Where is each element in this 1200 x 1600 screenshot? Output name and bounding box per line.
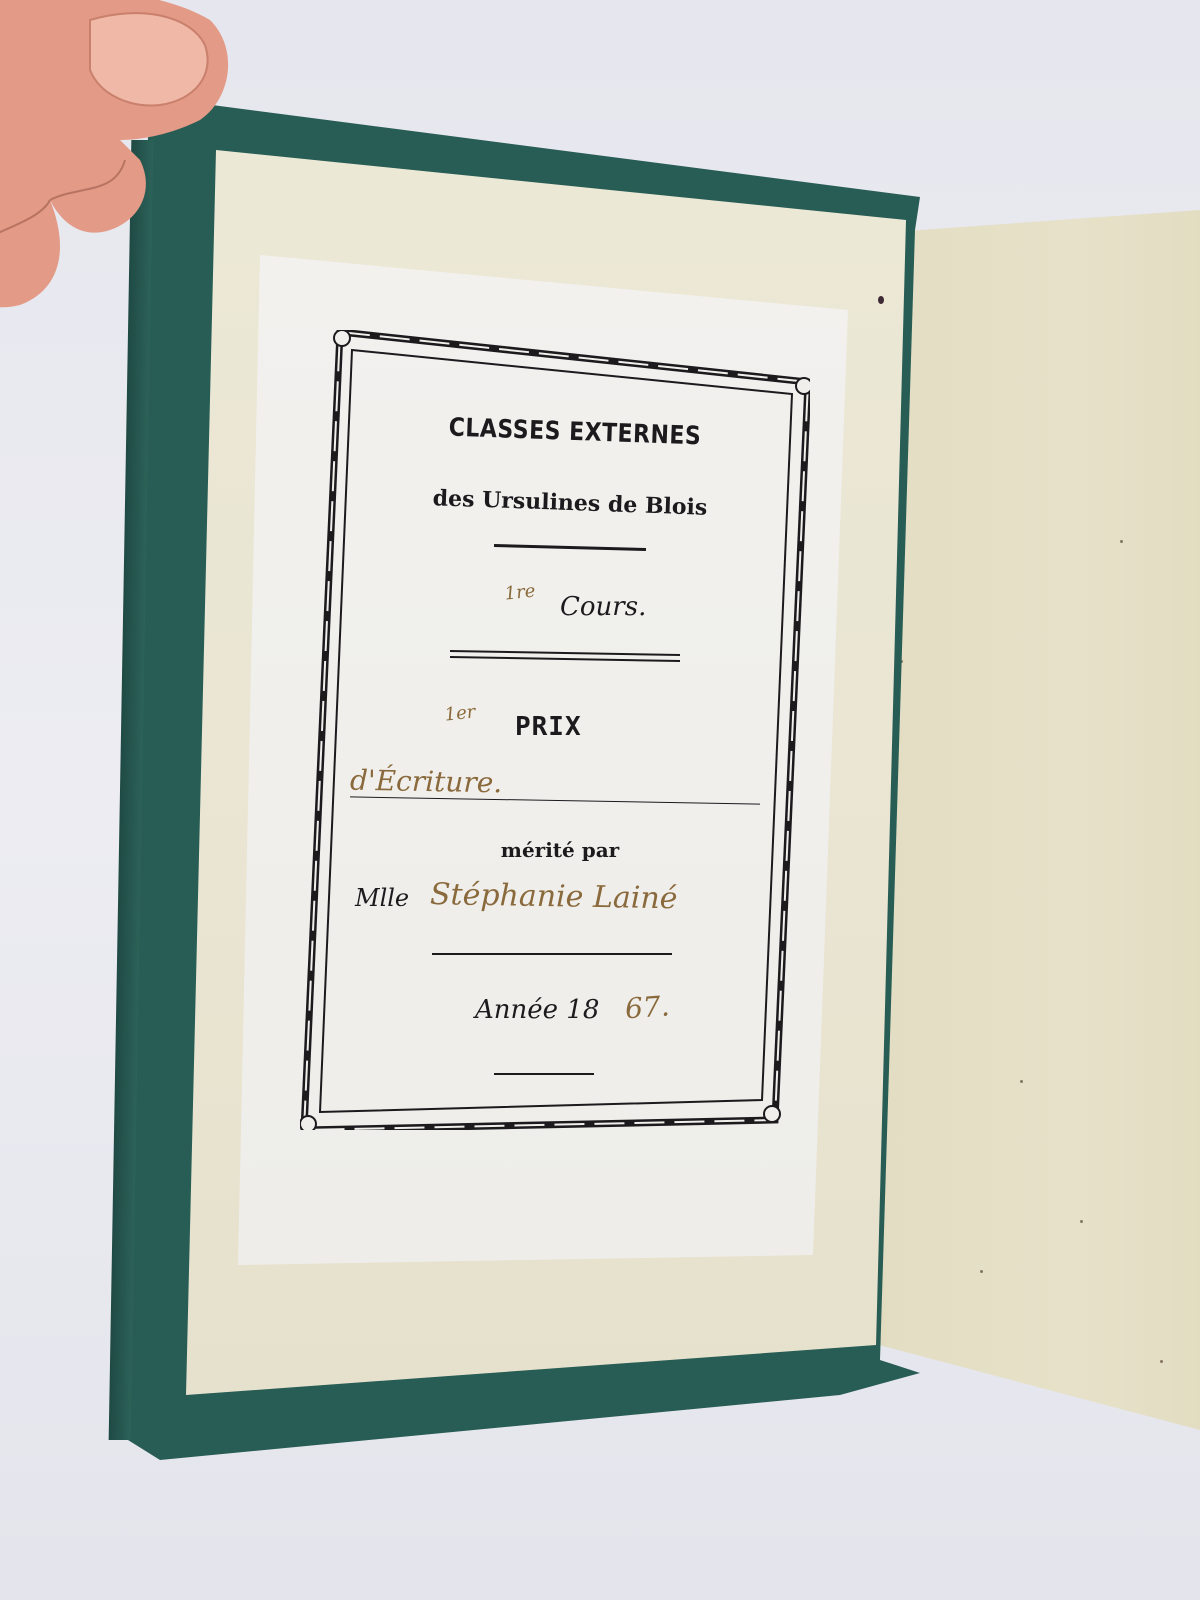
ink-spot	[878, 296, 884, 304]
year-label: Année 18	[475, 995, 615, 1025]
photo-scene: CLASSES EXTERNES des Ursulines de Blois …	[0, 0, 1200, 1600]
divider-rule	[432, 953, 672, 955]
title-prefix: Mlle	[355, 884, 435, 912]
facing-endpaper	[860, 210, 1200, 1430]
divider-rule	[494, 1073, 594, 1075]
year-handwritten: 67.	[624, 988, 696, 1026]
hand-holding-book	[0, 0, 240, 320]
recipient-name-handwritten: Stéphanie Lainé	[430, 877, 771, 918]
prize-label: PRIX	[515, 712, 615, 742]
course-label: Cours.	[560, 592, 670, 622]
awarded-by-label: mérité par	[480, 838, 640, 862]
subject-handwritten: d'Écriture.	[350, 764, 621, 802]
